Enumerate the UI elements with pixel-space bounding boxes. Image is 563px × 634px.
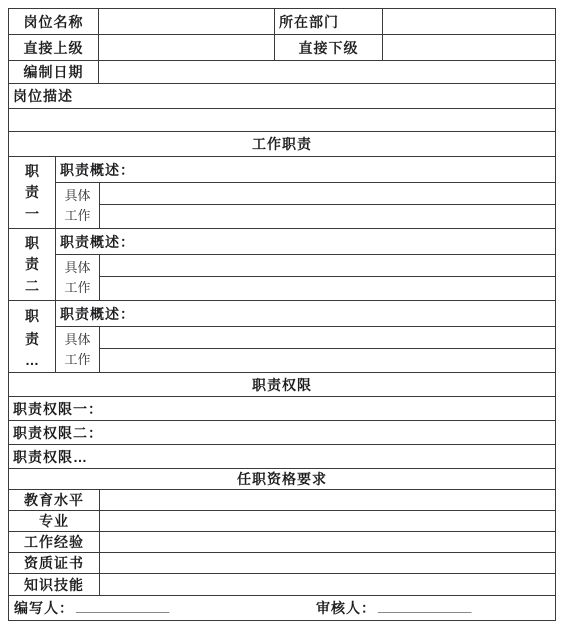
direct-superior-value[interactable] <box>99 35 275 60</box>
authority-section-title: 职责权限 <box>9 373 555 396</box>
direct-subordinate-label: 直接下级 <box>275 35 383 60</box>
writer-signature-area: 编写人： ____________ <box>9 598 316 618</box>
department-label: 所在部门 <box>275 9 383 34</box>
writer-label: 编写人： <box>14 598 74 618</box>
duty-1-detail: 具体 工作 <box>56 183 555 228</box>
duty-2-detail-line1[interactable] <box>100 255 555 277</box>
duty-1-detail-label: 具体 工作 <box>56 183 100 228</box>
duty-3-detail-label: 具体 工作 <box>56 327 100 372</box>
department-value[interactable] <box>383 9 555 34</box>
writer-signature-line[interactable]: ____________ <box>76 598 169 614</box>
duty-3-overview-label: 职责概述： <box>56 301 555 327</box>
authority-item-3-label: 职责权限… <box>9 445 555 468</box>
duty-3-detail-line1[interactable] <box>100 327 555 349</box>
duty-3-number-char-2: 责 <box>25 329 39 349</box>
row-position-description-title: 岗位描述 <box>9 84 555 109</box>
duty-2-detail-label: 具体 工作 <box>56 255 100 300</box>
duty-2-detail-line2[interactable] <box>100 277 555 300</box>
education-value[interactable] <box>100 490 555 510</box>
duty-1-detail-rows <box>100 183 555 228</box>
duty-1-detail-label-line1: 具体 <box>64 186 90 206</box>
job-description-form-table: 岗位名称 所在部门 直接上级 直接下级 编制日期 岗位描述 工作职责 <box>8 8 556 621</box>
row-major: 专业 <box>9 511 555 532</box>
duties-section-title: 工作职责 <box>9 132 555 156</box>
prepared-date-label: 编制日期 <box>9 61 99 83</box>
experience-label: 工作经验 <box>9 532 100 552</box>
row-authority-3: 职责权限… <box>9 445 555 469</box>
duty-3-detail-line2[interactable] <box>100 349 555 372</box>
education-label: 教育水平 <box>9 490 100 510</box>
row-education: 教育水平 <box>9 490 555 511</box>
certificates-label: 资质证书 <box>9 553 100 573</box>
duty-1-detail-label-line2: 工作 <box>64 206 90 226</box>
duty-3-number: 职 责 … <box>9 301 56 372</box>
certificates-value[interactable] <box>100 553 555 573</box>
major-label: 专业 <box>9 511 100 531</box>
duty-1-detail-line2[interactable] <box>100 205 555 228</box>
reviewer-signature-line[interactable]: ____________ <box>378 598 471 614</box>
duty-2-main: 职责概述： 具体 工作 <box>56 229 555 300</box>
duty-1-number-char-3: 一 <box>25 204 39 224</box>
skills-value[interactable] <box>100 574 555 595</box>
duty-2-detail-rows <box>100 255 555 300</box>
prepared-date-value[interactable] <box>99 61 555 83</box>
duty-3-main: 职责概述： 具体 工作 <box>56 301 555 372</box>
duty-block-3: 职 责 … 职责概述： 具体 工作 <box>9 301 555 373</box>
duty-1-number: 职 责 一 <box>9 157 56 228</box>
position-description-content[interactable] <box>9 109 555 131</box>
row-authority-1: 职责权限一： <box>9 397 555 421</box>
authority-item-1-label: 职责权限一： <box>9 397 555 420</box>
duty-3-detail-rows <box>100 327 555 372</box>
reviewer-label: 审核人： <box>316 598 376 618</box>
duty-2-number: 职 责 二 <box>9 229 56 300</box>
position-description-label: 岗位描述 <box>9 84 555 108</box>
duty-3-number-char-1: 职 <box>25 306 39 326</box>
row-certificates: 资质证书 <box>9 553 555 574</box>
row-experience: 工作经验 <box>9 532 555 553</box>
row-duties-header: 工作职责 <box>9 132 555 157</box>
duty-2-number-char-3: 二 <box>25 276 39 296</box>
duty-1-number-char-1: 职 <box>25 161 39 181</box>
duty-2-overview-label: 职责概述： <box>56 229 555 255</box>
major-value[interactable] <box>100 511 555 531</box>
row-superior-subordinate: 直接上级 直接下级 <box>9 35 555 61</box>
skills-label: 知识技能 <box>9 574 100 595</box>
duty-2-detail-label-line1: 具体 <box>64 258 90 278</box>
qualifications-section-title: 任职资格要求 <box>9 469 555 489</box>
row-signatures: 编写人： ____________ 审核人： ____________ <box>9 596 555 620</box>
duty-3-number-char-3: … <box>25 352 39 368</box>
direct-subordinate-value[interactable] <box>383 35 555 60</box>
duty-1-main: 职责概述： 具体 工作 <box>56 157 555 228</box>
row-authority-2: 职责权限二： <box>9 421 555 445</box>
duty-2-detail-label-line2: 工作 <box>64 278 90 298</box>
duty-2-detail: 具体 工作 <box>56 255 555 300</box>
direct-superior-label: 直接上级 <box>9 35 99 60</box>
row-prepared-date: 编制日期 <box>9 61 555 84</box>
duty-1-overview-label: 职责概述： <box>56 157 555 183</box>
duty-block-1: 职 责 一 职责概述： 具体 工作 <box>9 157 555 229</box>
duty-3-detail-label-line1: 具体 <box>64 330 90 350</box>
duty-1-detail-line1[interactable] <box>100 183 555 205</box>
position-name-label: 岗位名称 <box>9 9 99 34</box>
row-qualifications-header: 任职资格要求 <box>9 469 555 490</box>
duty-2-number-char-2: 责 <box>25 254 39 274</box>
duty-2-number-char-1: 职 <box>25 233 39 253</box>
row-authority-header: 职责权限 <box>9 373 555 397</box>
authority-item-2-label: 职责权限二： <box>9 421 555 444</box>
duty-1-number-char-2: 责 <box>25 182 39 202</box>
row-position-department: 岗位名称 所在部门 <box>9 9 555 35</box>
experience-value[interactable] <box>100 532 555 552</box>
duty-3-detail-label-line2: 工作 <box>64 350 90 370</box>
position-name-value[interactable] <box>99 9 275 34</box>
job-description-document: 岗位名称 所在部门 直接上级 直接下级 编制日期 岗位描述 工作职责 <box>0 0 563 634</box>
reviewer-signature-area: 审核人： ____________ <box>316 598 555 618</box>
row-skills: 知识技能 <box>9 574 555 596</box>
row-position-description-content <box>9 109 555 132</box>
duty-block-2: 职 责 二 职责概述： 具体 工作 <box>9 229 555 301</box>
duty-3-detail: 具体 工作 <box>56 327 555 372</box>
